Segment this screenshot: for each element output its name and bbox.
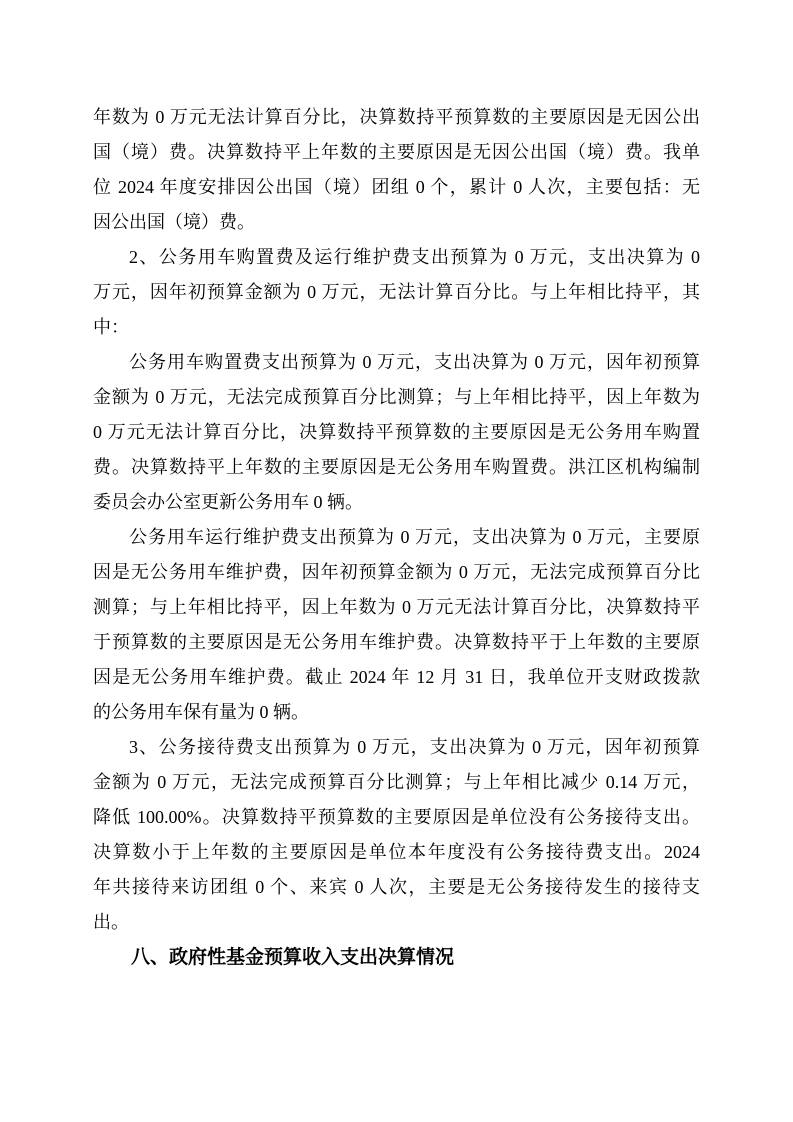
text-line: 于预算数的主要原因是无公务用车维护费。决算数持平于上年数的主要原 <box>93 625 700 660</box>
text-line: 因公出国（境）费。 <box>93 205 700 240</box>
text-line: 因是无公务用车维护费，因年初预算金额为 0 万元，无法完成预算百分比 <box>93 555 700 590</box>
text-line: 测算；与上年相比持平，因上年数为 0 万元无法计算百分比，决算数持平 <box>93 590 700 625</box>
text-line: 金额为 0 万元，无法完成预算百分比测算；与上年相比减少 0.14 万元， <box>93 765 700 800</box>
document-content: 年数为 0 万元无法计算百分比，决算数持平预算数的主要原因是无因公出国（境）费。… <box>93 100 700 975</box>
text-line: 委员会办公室更新公务用车 0 辆。 <box>93 485 700 520</box>
text-line: 位 2024 年度安排因公出国（境）团组 0 个，累计 0 人次，主要包括：无 <box>93 170 700 205</box>
body-paragraph: 年数为 0 万元无法计算百分比，决算数持平预算数的主要原因是无因公出国（境）费。… <box>93 100 700 240</box>
text-line: 3、公务接待费支出预算为 0 万元，支出决算为 0 万元，因年初预算 <box>93 730 700 765</box>
heading-line: 八、政府性基金预算收入支出决算情况 <box>93 940 700 975</box>
text-line: 年共接待来访团组 0 个、来宾 0 人次，主要是无公务接待发生的接待支 <box>93 870 700 905</box>
text-line: 公务用车购置费支出预算为 0 万元，支出决算为 0 万元，因年初预算 <box>93 345 700 380</box>
document-page: 年数为 0 万元无法计算百分比，决算数持平预算数的主要原因是无因公出国（境）费。… <box>0 0 793 1122</box>
text-line: 费。决算数持平上年数的主要原因是无公务用车购置费。洪江区机构编制 <box>93 450 700 485</box>
text-line: 金额为 0 万元，无法完成预算百分比测算；与上年相比持平，因上年数为 <box>93 380 700 415</box>
body-paragraph: 公务用车购置费支出预算为 0 万元，支出决算为 0 万元，因年初预算金额为 0 … <box>93 345 700 520</box>
text-line: 降低 100.00%。决算数持平预算数的主要原因是单位没有公务接待支出。 <box>93 800 700 835</box>
text-line: 公务用车运行维护费支出预算为 0 万元，支出决算为 0 万元，主要原 <box>93 520 700 555</box>
text-line: 万元，因年初预算金额为 0 万元，无法计算百分比。与上年相比持平，其 <box>93 275 700 310</box>
text-line: 年数为 0 万元无法计算百分比，决算数持平预算数的主要原因是无因公出 <box>93 100 700 135</box>
body-paragraph: 公务用车运行维护费支出预算为 0 万元，支出决算为 0 万元，主要原因是无公务用… <box>93 520 700 730</box>
text-line: 的公务用车保有量为 0 辆。 <box>93 695 700 730</box>
text-line: 出。 <box>93 905 700 940</box>
text-line: 决算数小于上年数的主要原因是单位本年度没有公务接待费支出。2024 <box>93 835 700 870</box>
body-paragraph: 2、公务用车购置费及运行维护费支出预算为 0 万元，支出决算为 0万元，因年初预… <box>93 240 700 345</box>
text-line: 0 万元无法计算百分比，决算数持平预算数的主要原因是无公务用车购置 <box>93 415 700 450</box>
text-line: 因是无公务用车维护费。截止 2024 年 12 月 31 日，我单位开支财政拨款 <box>93 660 700 695</box>
text-line: 中： <box>93 310 700 345</box>
section-heading: 八、政府性基金预算收入支出决算情况 <box>93 940 700 975</box>
text-line: 国（境）费。决算数持平上年数的主要原因是无因公出国（境）费。我单 <box>93 135 700 170</box>
body-paragraph: 3、公务接待费支出预算为 0 万元，支出决算为 0 万元，因年初预算金额为 0 … <box>93 730 700 940</box>
text-line: 2、公务用车购置费及运行维护费支出预算为 0 万元，支出决算为 0 <box>93 240 700 275</box>
